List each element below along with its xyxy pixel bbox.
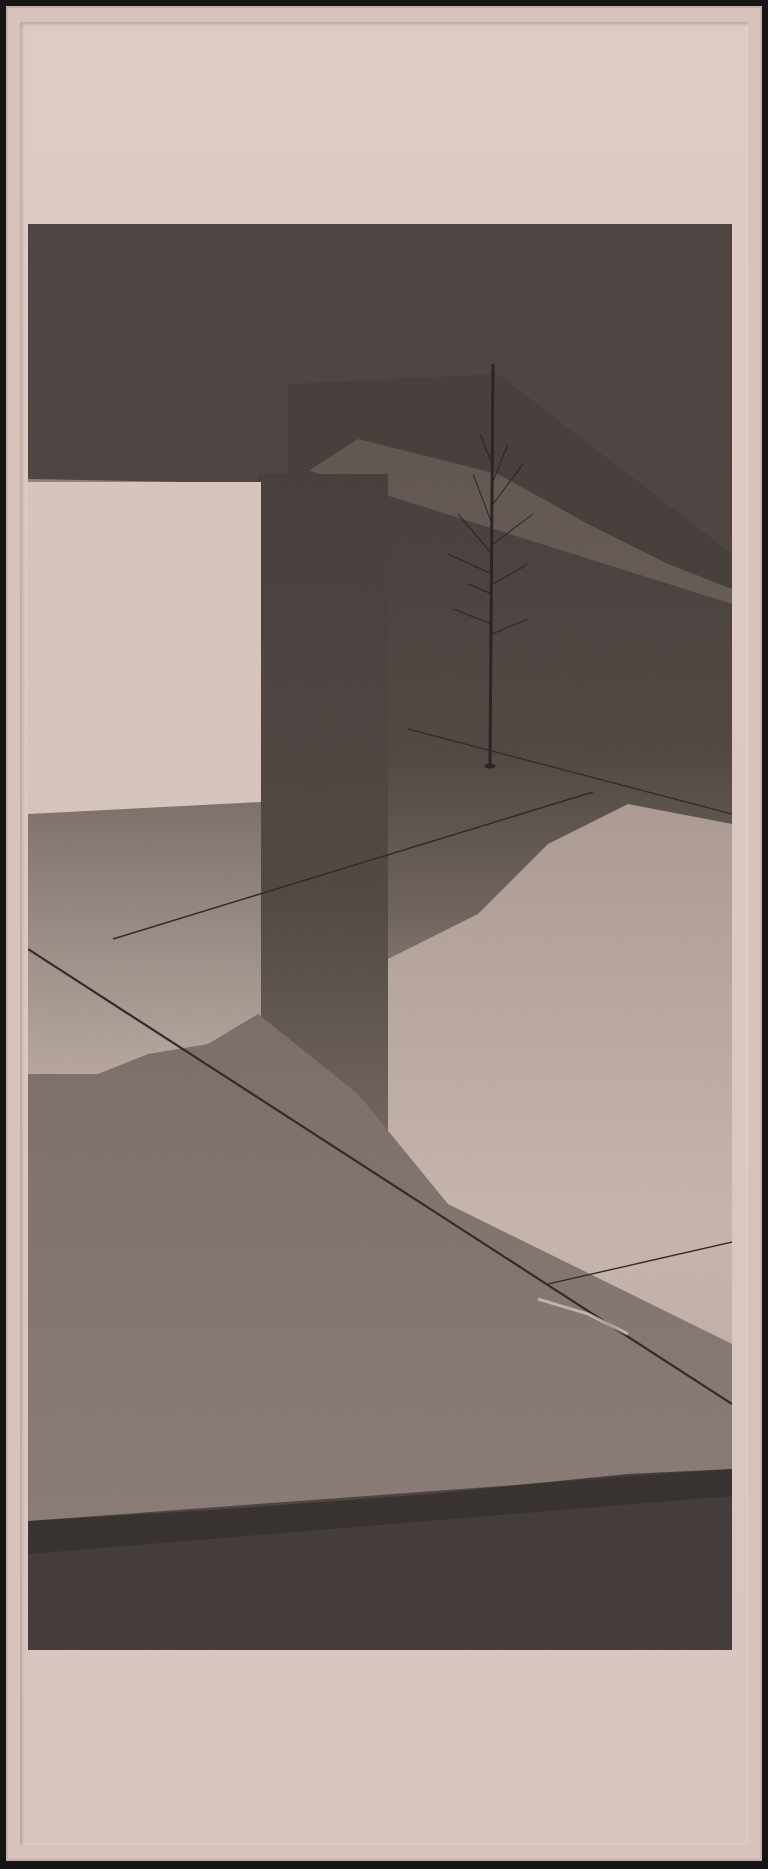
- paper-grain: [28, 224, 732, 1650]
- picture-frame: [0, 0, 768, 1869]
- painting-canvas: [28, 224, 732, 1650]
- ink-painting: [28, 224, 732, 1650]
